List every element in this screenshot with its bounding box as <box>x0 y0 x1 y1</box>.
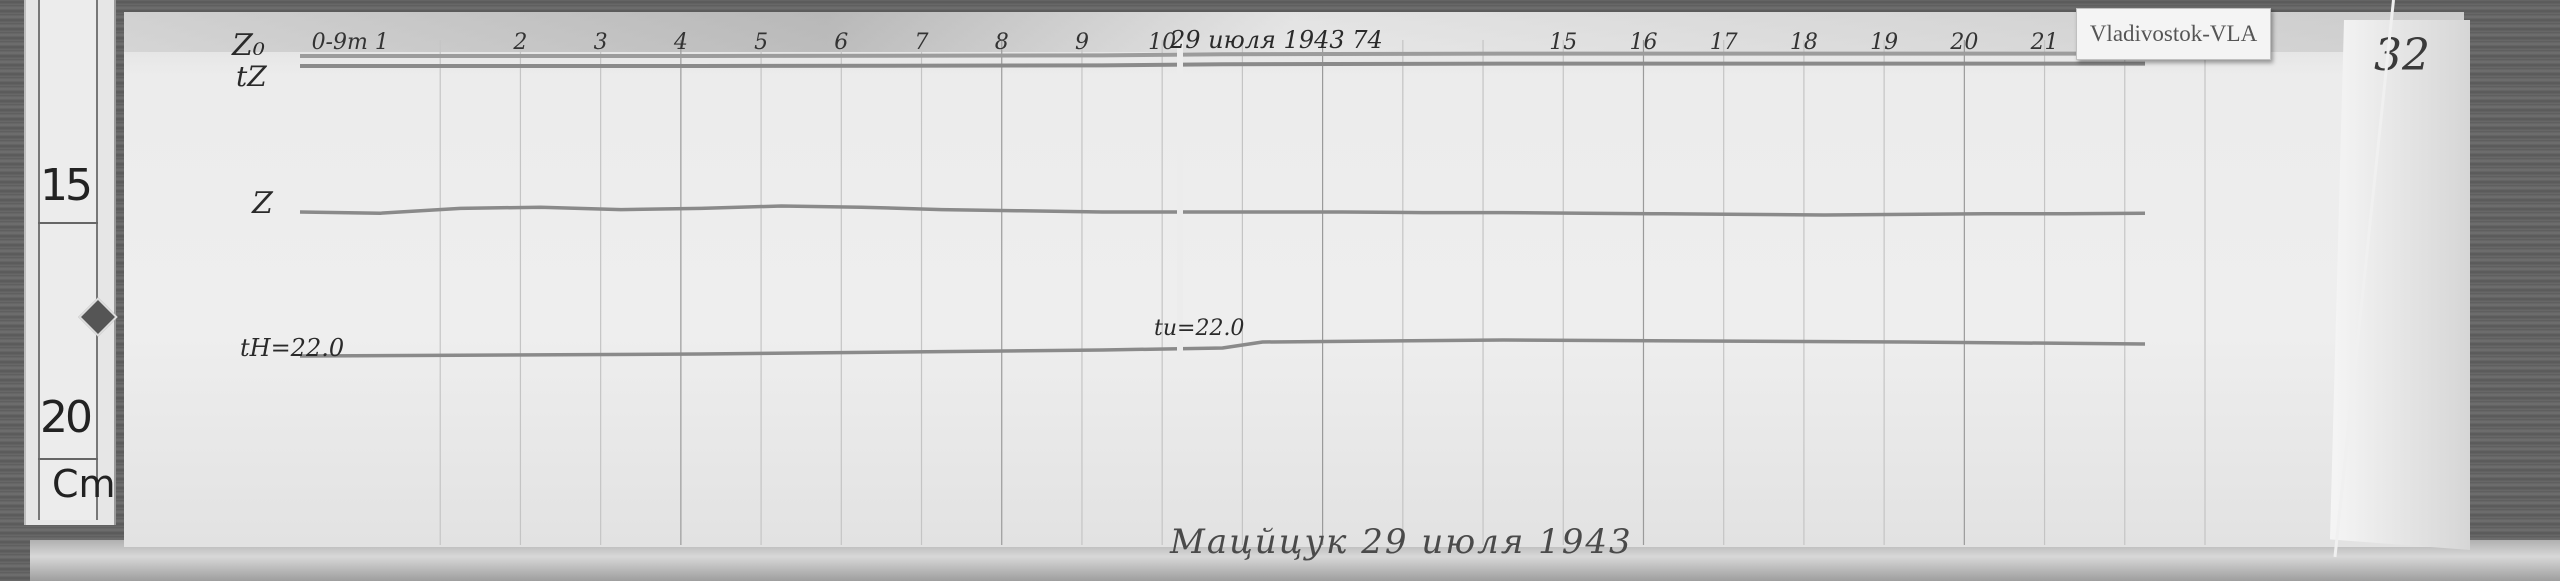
hour-tick-label: 6 <box>834 30 848 55</box>
trace-label-tz: tZ <box>236 60 267 93</box>
trace-label-z0: Z₀ <box>232 28 265 63</box>
trace-label-th: tH=22.0 <box>240 334 344 362</box>
hour-tick-label: 19 <box>1870 30 1898 55</box>
hour-tick-label: 15 <box>1549 30 1577 55</box>
hour-tick-label: 18 <box>1790 30 1818 55</box>
hour-tick-label: 20 <box>1950 30 1978 55</box>
hour-tick-label: 5 <box>754 30 768 55</box>
hour-tick-label: 9 <box>1075 30 1089 55</box>
hour-tick-label: 0-9m 1 <box>312 30 389 55</box>
hour-tick-label: 16 <box>1629 30 1657 55</box>
hour-tick-label: 4 <box>674 30 688 55</box>
annotation-tu: tu=22.0 <box>1154 316 1244 341</box>
trace-label-z: Z <box>252 186 273 221</box>
hour-tick-label: 2 <box>513 30 527 55</box>
hour-tick-label: 3 <box>594 30 608 55</box>
hour-tick-label: 17 <box>1710 30 1738 55</box>
station-label: Vladivostok-VLA <box>2076 8 2271 60</box>
hour-tick-label: 8 <box>995 30 1009 55</box>
magnetogram-chart <box>0 0 2560 581</box>
hour-tick-label: 7 <box>915 30 929 55</box>
sheet-number: 32 <box>2374 30 2430 81</box>
observer-signature: Мацйцук 29 июля 1943 <box>1170 522 1633 562</box>
hour-tick-label: 21 <box>2031 30 2059 55</box>
annotation-date: 29 июля 1943 74 <box>1170 26 1383 54</box>
